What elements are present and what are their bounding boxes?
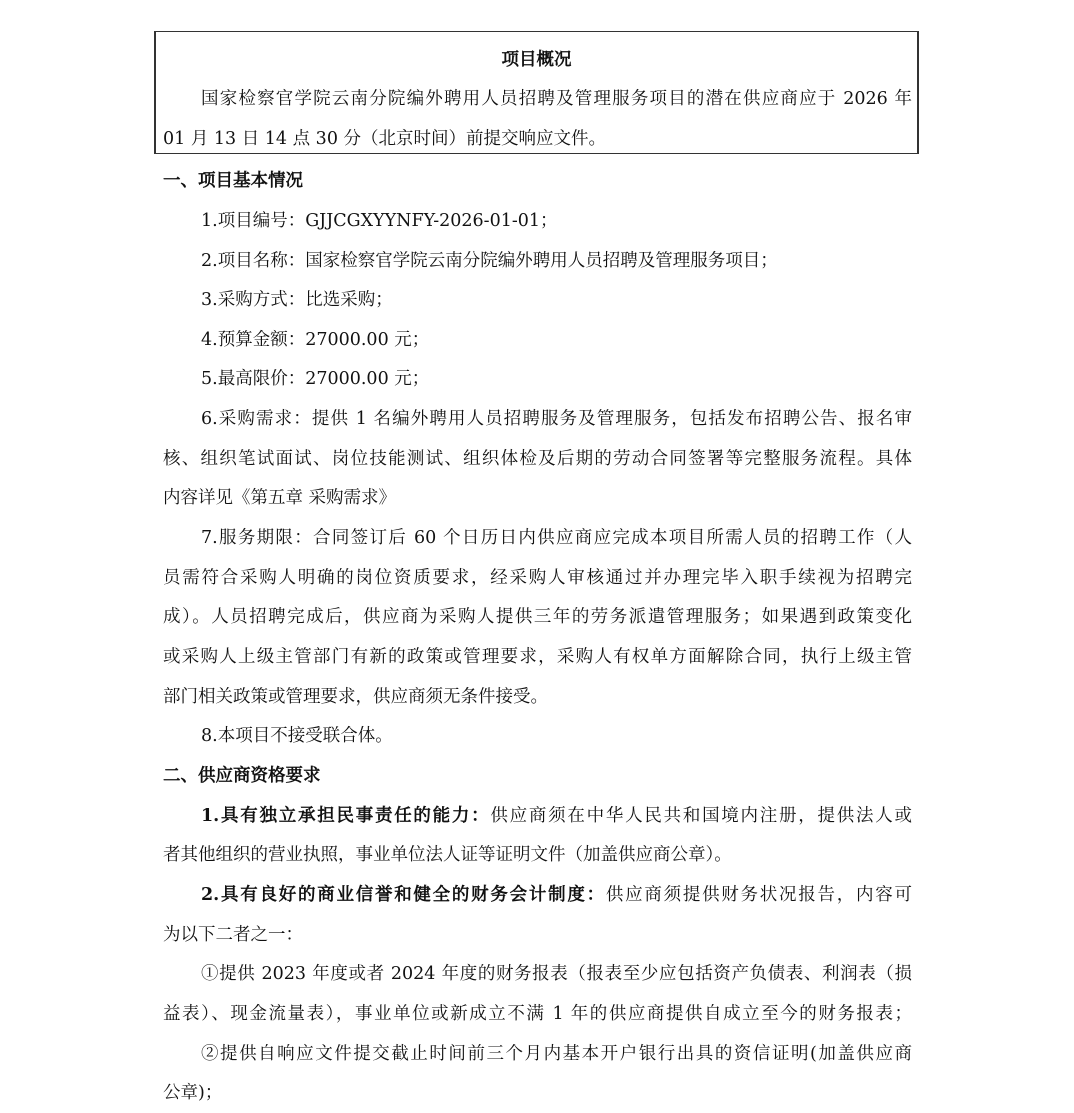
summary-title: 项目概况	[156, 48, 917, 72]
requirement-2-label: 2.具有良好的商业信誉和健全的财务会计制度：	[201, 885, 606, 905]
service-period-line-2: 员需符合采购人明确的岗位资质要求，经采购人审核通过并办理完毕入职手续视为招聘完	[163, 566, 912, 590]
service-period-line-4: 或采购人上级主管部门有新的政策或管理要求，采购人有权单方面解除合同，执行上级主管	[163, 645, 912, 669]
no-consortium: 8.本项目不接受联合体。	[201, 724, 393, 748]
requirement-2-line-2: 为以下二者之一：	[163, 923, 303, 947]
section-1-heading: 一、项目基本情况	[163, 169, 303, 193]
requirement-2-line-1: 2.具有良好的商业信誉和健全的财务会计制度：供应商须提供财务状况报告，内容可	[201, 883, 912, 907]
summary-line-1: 国家检察官学院云南分院编外聘用人员招聘及管理服务项目的潜在供应商应于 2026 …	[201, 87, 912, 111]
option-1-line-1: ①提供 2023 年度或者 2024 年度的财务报表（报表至少应包括资产负债表、…	[201, 962, 912, 986]
project-number: 1.项目编号：GJJCGXYYNFY-2026-01-01；	[201, 209, 558, 233]
option-1-line-2: 益表）、现金流量表），事业单位或新成立不满 1 年的供应商提供自成立至今的财务报…	[163, 1002, 912, 1026]
max-price: 5.最高限价：27000.00 元；	[201, 367, 429, 391]
section-2-heading: 二、供应商资格要求	[163, 764, 321, 788]
service-period-line-1: 7.服务期限：合同签订后 60 个日历日内供应商应完成本项目所需人员的招聘工作（…	[201, 526, 912, 550]
requirement-1-line-2: 者其他组织的营业执照，事业单位法人证等证明文件（加盖供应商公章）。	[163, 843, 732, 867]
budget-amount: 4.预算金额：27000.00 元；	[201, 328, 429, 352]
procurement-needs-line-2: 核、组织笔试面试、岗位技能测试、组织体检及后期的劳动合同签署等完整服务流程。具体	[163, 447, 912, 471]
option-2-line-1: ②提供自响应文件提交截止时间前三个月内基本开户银行出具的资信证明(加盖供应商	[201, 1042, 912, 1066]
service-period-line-5: 部门相关政策或管理要求，供应商须无条件接受。	[163, 685, 548, 709]
procurement-needs-line-1: 6.采购需求：提供 1 名编外聘用人员招聘服务及管理服务，包括发布招聘公告、报名…	[201, 407, 912, 431]
procurement-method: 3.采购方式：比选采购；	[201, 288, 393, 312]
project-name: 2.项目名称：国家检察官学院云南分院编外聘用人员招聘及管理服务项目；	[201, 249, 778, 273]
summary-line-2: 01 月 13 日 14 点 30 分（北京时间）前提交响应文件。	[163, 127, 606, 151]
option-2-line-2: 公章)；	[163, 1081, 222, 1105]
requirement-1-text: 供应商须在中华人民共和国境内注册，提供法人或	[490, 806, 912, 826]
requirement-1-line-1: 1.具有独立承担民事责任的能力：供应商须在中华人民共和国境内注册，提供法人或	[201, 804, 912, 828]
requirement-1-label: 1.具有独立承担民事责任的能力：	[201, 806, 490, 826]
requirement-2-text: 供应商须提供财务状况报告，内容可	[606, 885, 912, 905]
service-period-line-3: 成）。人员招聘完成后，供应商为采购人提供三年的劳务派遣管理服务；如果遇到政策变化	[163, 605, 912, 629]
procurement-needs-line-3: 内容详见《第五章 采购需求》	[163, 486, 396, 510]
document-page: 项目概况 国家检察官学院云南分院编外聘用人员招聘及管理服务项目的潜在供应商应于 …	[0, 0, 1074, 1113]
